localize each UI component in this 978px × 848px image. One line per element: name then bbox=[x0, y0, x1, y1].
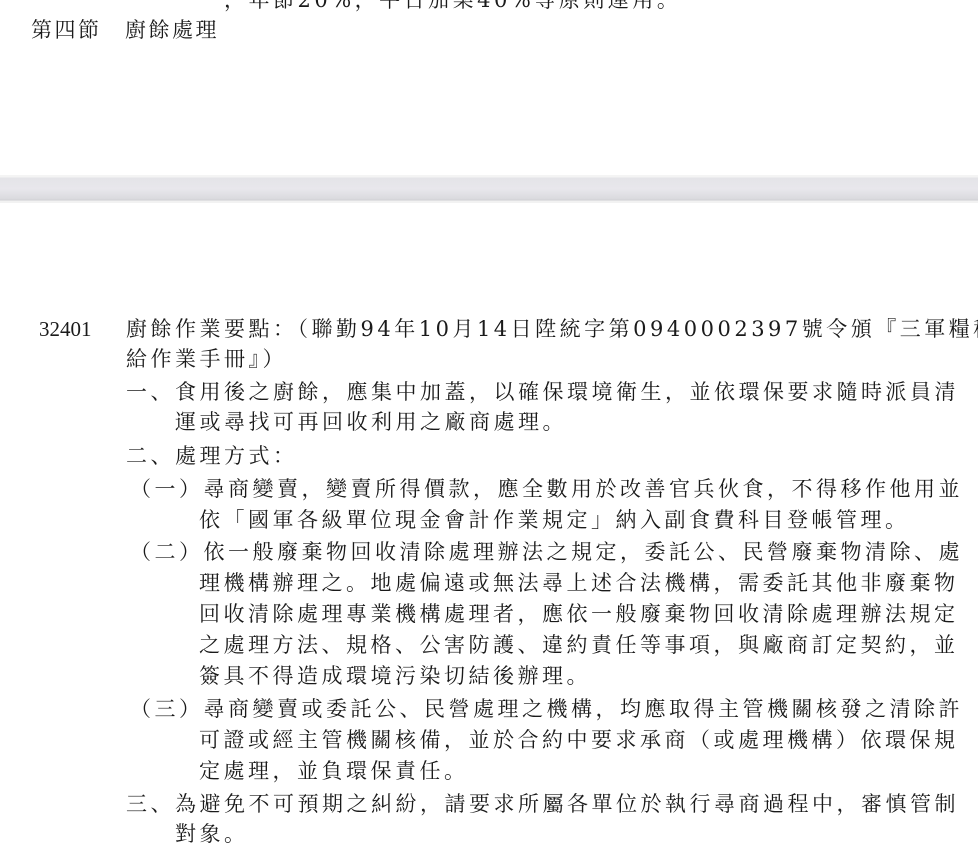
subitem-2-line-2: 理機構辦理之。地處偏遠或無法尋上述合法機構，需委託其他非廢棄物 bbox=[199, 571, 959, 595]
section-heading: 第四節廚餘處理 bbox=[31, 18, 219, 42]
item-1-line-1: 一、食用後之廚餘，應集中加蓋，以確保環境衛生，並依環保要求隨時派員清 bbox=[126, 380, 959, 404]
subitem-2-line-1: （二）依一般廢棄物回收清除處理辦法之規定，委託公、民營廢棄物清除、處 bbox=[130, 540, 963, 564]
section-number: 第四節 bbox=[31, 18, 125, 42]
subitem-2-line-5: 簽具不得造成環境污染切結後辦理。 bbox=[199, 664, 591, 688]
page-separator bbox=[0, 175, 978, 203]
section-title: 廚餘處理 bbox=[125, 18, 219, 42]
item-1-line-2: 運或尋找可再回收利用之廠商處理。 bbox=[175, 410, 567, 434]
item-3-line-2: 對象。 bbox=[175, 822, 249, 846]
subitem-2-line-3: 回收清除處理專業機構處理者，應依一般廢棄物回收清除處理辦法規定 bbox=[199, 602, 959, 626]
subitem-1-line-1: （一）尋商變賣，變賣所得價款，應全數用於改善官兵伙食，不得移作他用並 bbox=[130, 477, 963, 501]
subitem-3-line-1: （三）尋商變賣或委託公、民營處理之機構，均應取得主管機關核發之清除許 bbox=[130, 697, 963, 721]
subitem-2-line-4: 之處理方法、規格、公害防護、違約責任等事項，與廠商訂定契約，並 bbox=[199, 633, 959, 657]
item-3-line-1: 三、為避免不可預期之糾紛，請要求所屬各單位於執行尋商過程中，審慎管制 bbox=[126, 792, 959, 816]
subitem-3-line-3: 定處理，並負環保責任。 bbox=[199, 759, 469, 783]
item-2-heading: 二、處理方式： bbox=[126, 444, 298, 468]
article-line-2: 給作業手冊』） bbox=[126, 347, 287, 371]
subitem-1-line-2: 依「國軍各級單位現金會計作業規定」納入副食費科目登帳管理。 bbox=[199, 508, 910, 532]
article-number: 32401 bbox=[39, 317, 92, 341]
subitem-3-line-2: 可證或經主管機關核備，並於合約中要求承商（或處理機構）依環保規 bbox=[199, 728, 959, 752]
document-page-top: ，年節20%，平日加菜40%等原則運用。 第四節廚餘處理 bbox=[0, 0, 978, 175]
article-line-1: 廚餘作業要點：（聯勤94年10月14日陞統字第0940002397號令頒『三軍糧… bbox=[126, 317, 978, 341]
cut-off-text-line: ，年節20%，平日加菜40%等原則運用。 bbox=[224, 0, 681, 12]
